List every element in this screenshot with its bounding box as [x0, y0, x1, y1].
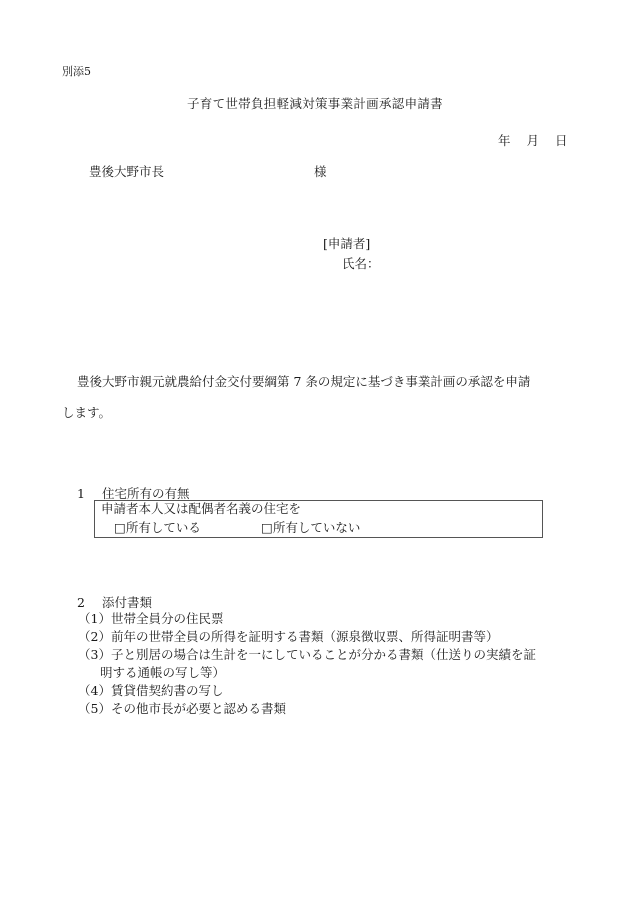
attachment-item: （5）その他市長が必要と認める書類: [78, 703, 286, 716]
option-label: 所有していない: [273, 520, 361, 535]
annex-label: 別添5: [62, 66, 91, 77]
attachment-item: （1）世帯全員分の住民票: [78, 613, 223, 626]
addressee: 豊後大野市長: [89, 166, 164, 179]
attachment-item: （3）子と別居の場合は生計を一にしていることが分かる書類（仕送りの実績を証: [78, 649, 536, 662]
body-text-line2: します。: [62, 407, 111, 420]
checkbox-icon[interactable]: □: [261, 520, 273, 535]
date-day-label: 日: [555, 135, 568, 148]
attachment-item: （4）賃貸借契約書の写し: [78, 685, 223, 698]
body-text-line1: 豊後大野市親元就農給付金交付要綱第 7 条の規定に基づき事業計画の承認を申請: [77, 376, 530, 389]
date-field: 年月日: [498, 135, 568, 148]
attachment-item-continuation: 明する通帳の写し等）: [100, 667, 225, 680]
section2-title: 添付書類: [102, 597, 152, 610]
option-label: 所有している: [126, 520, 201, 535]
applicant-label: [申請者]: [323, 238, 370, 251]
section1-number: 1: [77, 488, 85, 501]
housing-ownership-question: 申請者本人又は配偶者名義の住宅を: [101, 503, 301, 516]
section1-title: 住宅所有の有無: [102, 488, 190, 501]
section2-number: 2: [77, 597, 85, 610]
attachment-item: （2）前年の世帯全員の所得を証明する書類（源泉徴収票、所得証明書等）: [78, 631, 498, 644]
checkbox-icon[interactable]: □: [114, 520, 126, 535]
date-year-label: 年: [498, 135, 511, 148]
option-not-own-house[interactable]: □所有していない: [261, 522, 360, 535]
document-title: 子育て世帯負担軽減対策事業計画承認申請書: [0, 98, 630, 111]
option-owns-house[interactable]: □所有している: [114, 522, 201, 535]
applicant-name-label: 氏名：: [342, 258, 380, 271]
date-month-label: 月: [527, 135, 540, 148]
honorific: 様: [314, 166, 327, 179]
